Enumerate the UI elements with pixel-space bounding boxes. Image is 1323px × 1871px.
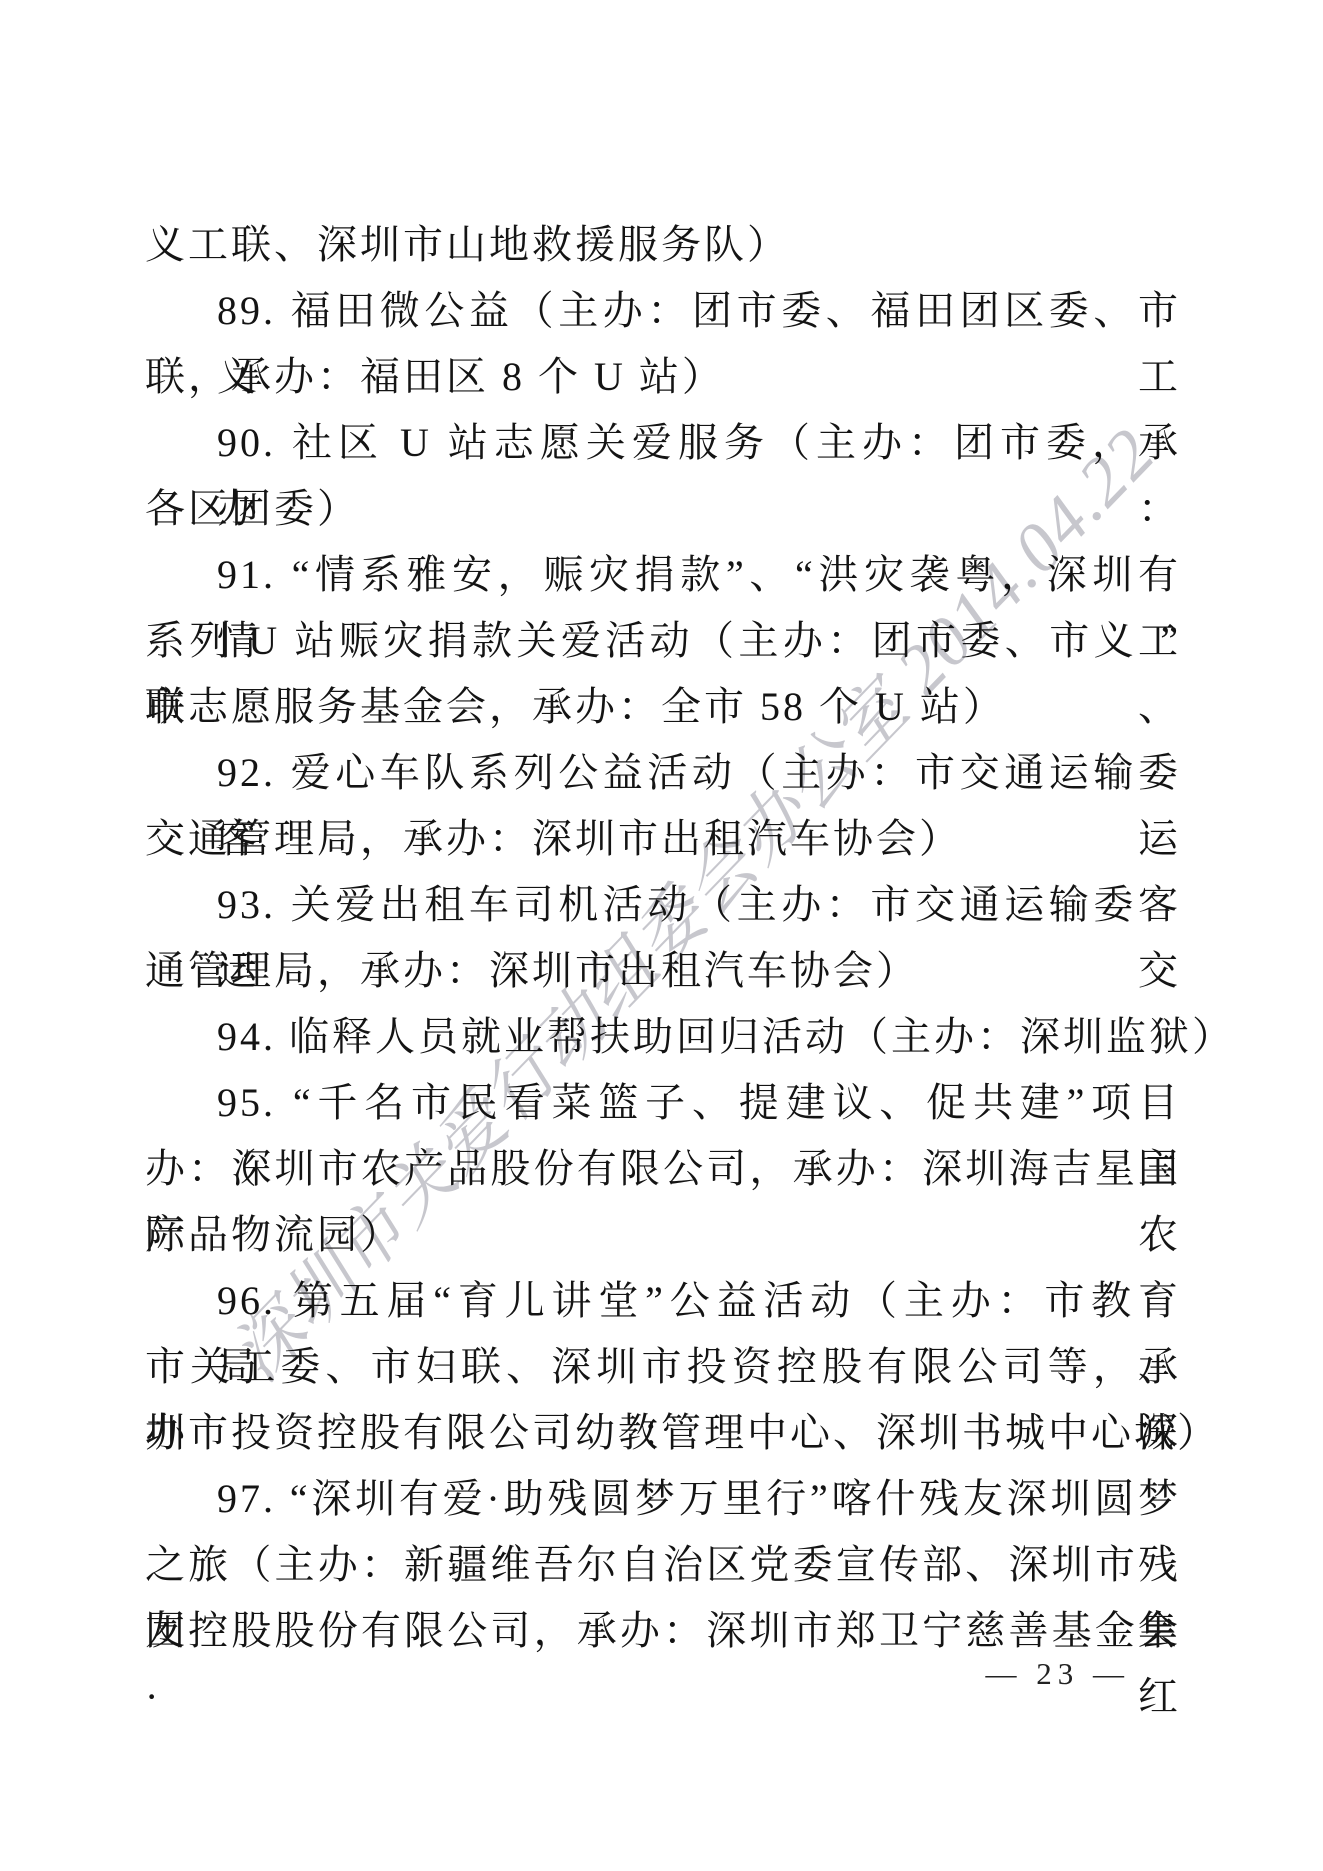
text-line: 93. 关爱出租车司机活动（主办：市交通运输委客运交	[145, 872, 1181, 938]
text-line: 91. “情系雅安，赈灾捐款”、“洪灾袭粤，深圳有情”	[145, 542, 1181, 608]
text-line: 90. 社区 U 站志愿关爱服务（主办：团市委，承办：	[145, 410, 1181, 476]
text-line: 89. 福田微公益（主办：团市委、福田团区委、市义工	[145, 278, 1181, 344]
text-line: 95. “千名市民看菜篮子、提建议、促共建”项目（主	[145, 1070, 1181, 1136]
text-line: 团控股股份有限公司，承办：深圳市郑卫宁慈善基金会·红	[145, 1598, 1181, 1664]
text-line: 94. 临释人员就业帮扶助回归活动（主办：深圳监狱）	[145, 1004, 1181, 1070]
text-line: 之旅（主办：新疆维吾尔自治区党委宣传部、深圳市残友集	[145, 1532, 1181, 1598]
text-line: 96. 第五届“育儿讲堂”公益活动（主办：市教育局、	[145, 1268, 1181, 1334]
text-line: 市关工委、市妇联、深圳市投资控股有限公司等，承办：深	[145, 1334, 1181, 1400]
text-line: 义工联、深圳市山地救援服务队）	[145, 212, 1181, 278]
text-line: 办：深圳市农产品股份有限公司，承办：深圳海吉星国际农	[145, 1136, 1181, 1202]
text-line: 系列 U 站赈灾捐款关爱活动（主办：团市委、市义工联、	[145, 608, 1181, 674]
document-body: 义工联、深圳市山地救援服务队） 89. 福田微公益（主办：团市委、福田团区委、市…	[145, 212, 1181, 1664]
page-number: — 23 —	[0, 1656, 1130, 1692]
text-line: 圳市投资控股有限公司幼教管理中心、深圳书城中心城）	[145, 1400, 1181, 1466]
text-line: 92. 爱心车队系列公益活动（主办：市交通运输委客运	[145, 740, 1181, 806]
text-line: 97. “深圳有爱·助残圆梦万里行”喀什残友深圳圆梦	[145, 1466, 1181, 1532]
document-page: 深圳市关爱行动组委会办公室 2014.04.22 义工联、深圳市山地救援服务队）…	[0, 0, 1323, 1871]
